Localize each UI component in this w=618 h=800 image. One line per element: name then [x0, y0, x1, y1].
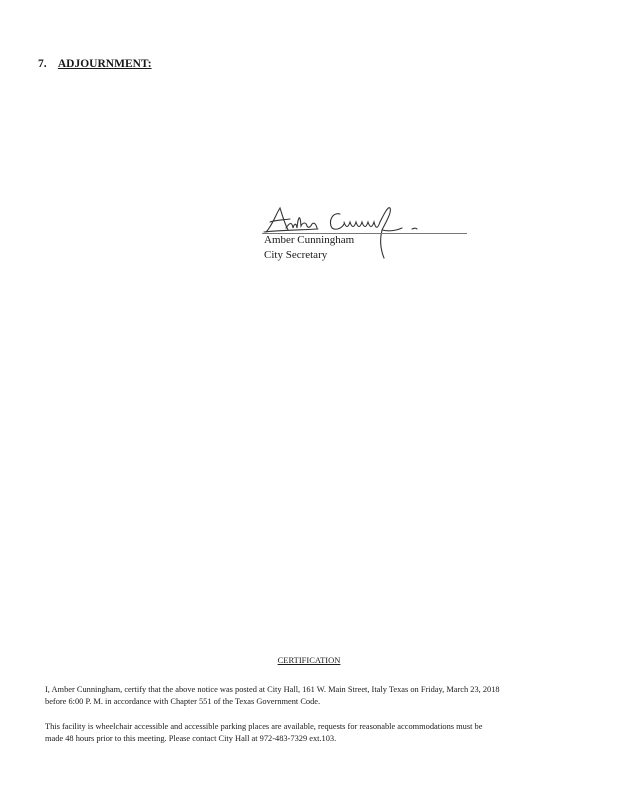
signature-block: Amber Cunningham City Secretary — [262, 204, 472, 264]
accessibility-line: This facility is wheelchair accessible a… — [45, 721, 565, 733]
certification-heading: CERTIFICATION — [0, 655, 618, 665]
accessibility-line: made 48 hours prior to this meeting. Ple… — [45, 733, 565, 745]
certification-line: I, Amber Cunningham, certify that the ab… — [45, 684, 565, 696]
document-page: 7. ADJOURNMENT: Amber Cunningham City Se… — [0, 0, 618, 800]
agenda-item-number: 7. — [38, 58, 47, 70]
agenda-item-adjournment: 7. ADJOURNMENT: — [38, 58, 152, 70]
agenda-item-title: ADJOURNMENT: — [58, 58, 152, 70]
signer-name: Amber Cunningham — [264, 234, 354, 246]
signer-title: City Secretary — [264, 249, 327, 261]
certification-line: before 6:00 P. M. in accordance with Cha… — [45, 696, 565, 708]
accessibility-notice: This facility is wheelchair accessible a… — [45, 721, 565, 744]
certification-statement: I, Amber Cunningham, certify that the ab… — [45, 684, 565, 707]
